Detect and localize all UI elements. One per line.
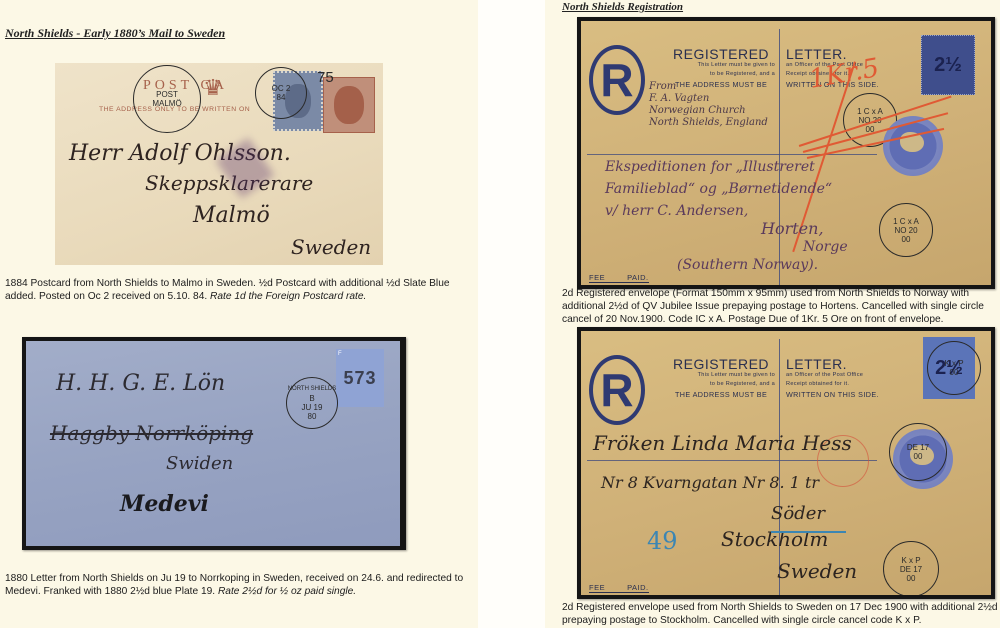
postcard-caption: 1884 Postcard from North Shields to Malm… — [5, 277, 465, 303]
instructions-right: an Officer of the Post Office Receipt ob… — [786, 371, 863, 389]
cancel-text: POST — [156, 90, 178, 99]
sender-line: North Shields, England — [649, 117, 768, 129]
address-line-crossed: Haggby Norrköping — [50, 421, 253, 445]
address-line: Malmö — [193, 203, 270, 228]
fee-text: FEE — [589, 583, 605, 592]
fee-paid-label: FEEPAID. — [589, 273, 649, 283]
fee-text: FEE — [589, 273, 605, 282]
letter-title: LETTER. — [786, 356, 847, 372]
address-line: Swiden — [166, 453, 233, 474]
north-shields-cds: NORTH SHIELDS B JU 19 80 — [286, 377, 338, 429]
cancel-text: DE 17 — [907, 443, 929, 452]
north-shields-cds-bottom: 1 C x A NO 20 00 — [879, 203, 933, 257]
address-line: Sweden — [777, 559, 857, 583]
address-instruction-left: THE ADDRESS MUST BE — [675, 390, 767, 399]
address-line: Familieblad“ og „Børnetidende“ — [605, 181, 832, 197]
instruction-line: Receipt obtained for it. — [786, 380, 863, 389]
page-gutter — [478, 0, 545, 628]
cancel-text: 1 C x A — [893, 217, 919, 226]
north-shields-cds-stamp: K x P 00 — [927, 341, 981, 395]
cancel-text: NORTH SHIELDS — [288, 385, 337, 394]
instruction-line: an Officer of the Post Office — [786, 371, 863, 380]
postcard-1884[interactable]: POST CA ♛ THE ADDRESS ONLY TO BE WRITTEN… — [55, 63, 383, 265]
blue-crayon-number: 49 — [647, 527, 678, 555]
cancel-text: K x P — [944, 359, 963, 368]
north-shields-cds: OC 2 84 — [255, 67, 307, 119]
instructions-left: This Letter must be given to to be Regis… — [669, 61, 775, 79]
registered-r-icon: R — [589, 355, 645, 425]
sender-line: Norwegian Church — [649, 105, 768, 117]
address-line: Ekspeditionen for „Illustreret — [605, 159, 815, 175]
cancel-text: 00 — [950, 368, 959, 377]
cancel-text: K x P — [901, 556, 920, 565]
embossed-two-pence-stamp — [883, 116, 943, 176]
cancel-text: DE 17 — [900, 565, 922, 574]
jubilee-stamp: 2½ — [921, 35, 975, 95]
cancel-text: NO 20 — [894, 226, 917, 235]
instruction-line: to be Registered, and a — [669, 70, 775, 79]
cancel-text: 00 — [902, 235, 911, 244]
left-page-heading: North Shields - Early 1880’s Mail to Swe… — [5, 26, 225, 41]
address-line: v/ herr C. Andersen, — [605, 203, 748, 219]
stamp-value: 2½ — [934, 54, 962, 77]
north-shields-cds-embossed: DE 17 00 — [889, 423, 947, 481]
registered-r-icon: R — [589, 45, 645, 115]
redirect-address: Medevi — [120, 491, 209, 517]
registered-envelope-sweden[interactable]: R REGISTERED LETTER. This Letter must be… — [581, 331, 991, 595]
envelope-2-caption: 2d Registered envelope used from North S… — [562, 601, 1000, 627]
letter-1880[interactable]: F 573 NORTH SHIELDS B JU 19 80 H. H. G. … — [26, 341, 400, 546]
sender-line: F. A. Vagten — [649, 93, 768, 105]
cancel-text: OC 2 — [272, 84, 291, 93]
address-line: Nr 8 Kvarngatan Nr 8. 1 tr — [601, 473, 819, 492]
registration-cross-vertical — [779, 29, 780, 285]
obliterator-number: 75 — [317, 69, 334, 86]
address-line: (Southern Norway). — [677, 257, 818, 273]
paid-text: PAID. — [627, 273, 649, 282]
envelope-1-caption: 2d Registered envelope (Format 150mm x 9… — [562, 287, 1000, 326]
malmo-receiving-cancel: POST MALMÖ — [133, 65, 201, 133]
address-instruction-right: WRITTEN ON THIS SIDE. — [786, 390, 879, 399]
registration-cross-horizontal — [587, 154, 877, 155]
address-line: Söder — [771, 503, 825, 524]
cancel-text: 1 C x A — [857, 107, 883, 116]
registered-title: REGISTERED — [673, 46, 769, 62]
caption-rate: Rate 2½d for ½ oz paid single. — [218, 586, 356, 597]
registered-title: REGISTERED — [673, 356, 769, 372]
address-line: H. H. G. E. Lön — [56, 371, 225, 396]
cancel-text: JU 19 — [302, 403, 323, 412]
cancel-text: B — [309, 394, 314, 403]
address-line: Sweden — [291, 235, 371, 259]
sender-line: From — [649, 81, 768, 93]
instruction-line: to be Registered, and a — [669, 380, 775, 389]
letter-caption: 1880 Letter from North Shields on Ju 19 … — [5, 572, 465, 598]
cancel-text: 84 — [277, 93, 286, 102]
cancel-text: 00 — [907, 574, 916, 583]
address-line: Horten, — [761, 219, 824, 238]
instructions-left: This Letter must be given to to be Regis… — [669, 371, 775, 389]
address-line: Fröken Linda Maria Hess — [593, 431, 852, 455]
fee-paid-label: FEEPAID. — [589, 583, 649, 593]
cancel-text: 00 — [914, 452, 923, 461]
corner-letter: F — [338, 351, 342, 357]
north-shields-cds-bottom: K x P DE 17 00 — [883, 541, 939, 595]
paid-text: PAID. — [627, 583, 649, 592]
blue-crayon-underline — [771, 531, 846, 533]
obliterator-number: 573 — [343, 368, 376, 389]
right-page-heading: North Shields Registration — [562, 1, 683, 13]
two-and-half-pence-stamp: F 573 — [336, 349, 384, 407]
cancel-text: 80 — [308, 412, 317, 421]
instruction-line: This Letter must be given to — [669, 371, 775, 380]
address-line: Norge — [803, 239, 848, 255]
sender-address: From F. A. Vagten Norwegian Church North… — [649, 81, 768, 129]
registration-cross-vertical — [779, 339, 780, 595]
instruction-line: This Letter must be given to — [669, 61, 775, 70]
registered-envelope-norway[interactable]: R REGISTERED LETTER. This Letter must be… — [581, 21, 991, 285]
cancel-text: MALMÖ — [152, 99, 181, 108]
caption-rate: Rate 1d the Foreign Postcard rate. — [210, 291, 366, 302]
